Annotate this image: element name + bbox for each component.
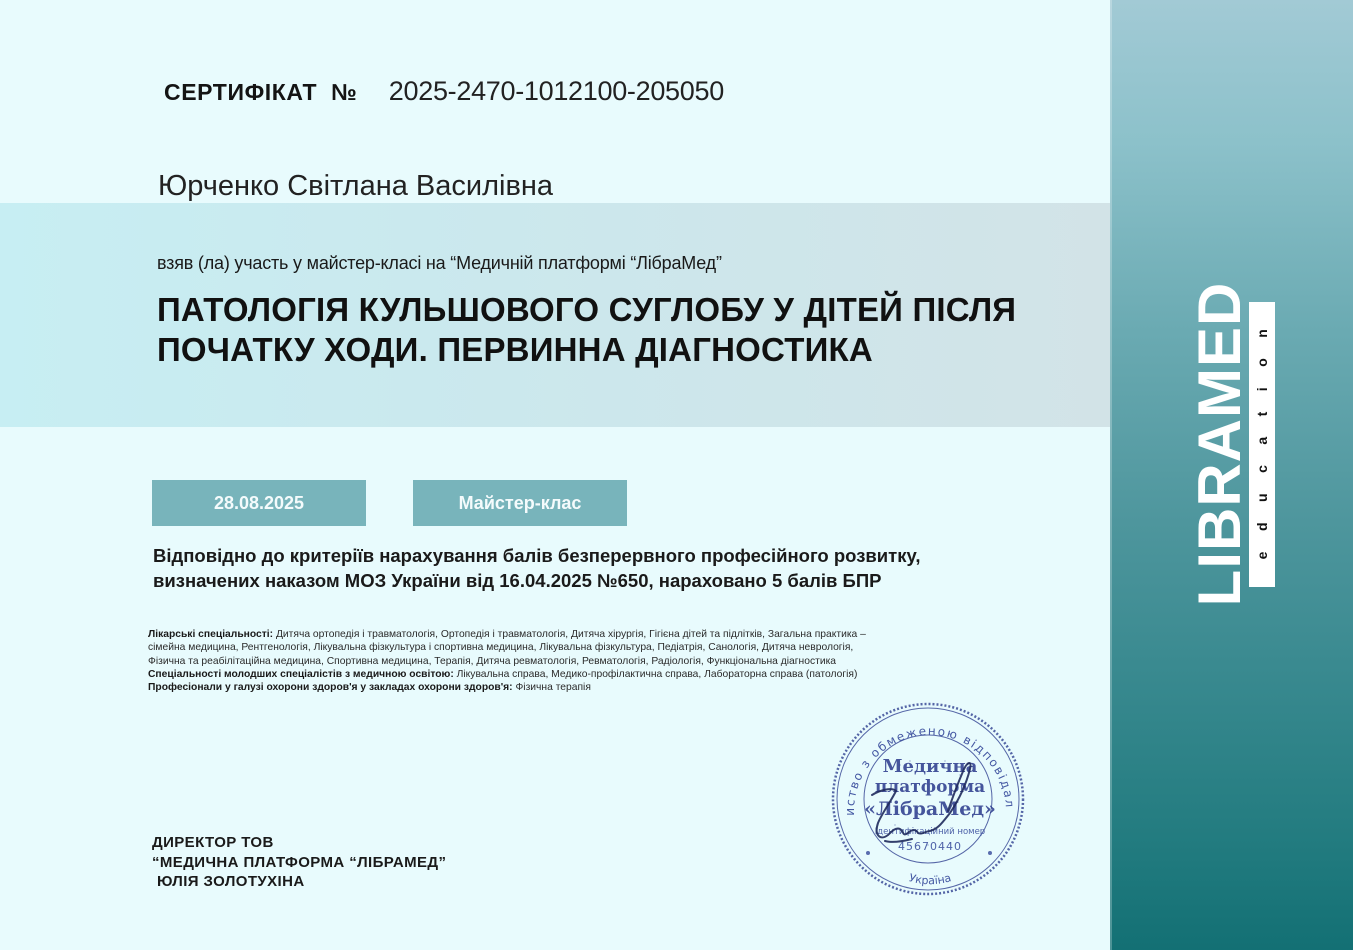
stamp-line-1: Медична (883, 756, 978, 777)
junior-specialties-list: Лікувальна справа, Медико-профілактична … (454, 669, 858, 680)
date-badge: 28.08.2025 (152, 480, 366, 526)
company-seal-stamp: Товариство з обмеженою відповідальністю … (830, 695, 1030, 905)
specialties-block: Лікарські спеціальності: Дитяча ортопеді… (148, 628, 868, 694)
certificate-label: СЕРТИФІКАТ (164, 79, 317, 106)
certificate-number: 2025-2470-1012100-205050 (389, 76, 724, 107)
number-sign: № (331, 79, 357, 106)
stamp-line-3: «ЛібраМед» (864, 798, 996, 820)
doctors-specialties-label: Лікарські спеціальності: (148, 629, 273, 640)
professionals-label: Професіонали у галузі охорони здоров'я у… (148, 682, 513, 693)
logo-education-text: education (1254, 309, 1270, 580)
recipient-name: Юрченко Світлана Василівна (158, 170, 553, 203)
junior-specialties-label: Спеціальності молодших спеціалістів з ме… (148, 669, 454, 680)
stamp-country: Україна (907, 871, 952, 887)
company-name: “МЕДИЧНА ПЛАТФОРМА “ЛІБРАМЕД” (152, 853, 446, 873)
director-title: ДИРЕКТОР ТОВ (152, 833, 446, 853)
credits-statement: Відповідно до критеріїв нарахування балі… (153, 544, 1013, 593)
professionals-list: Фізична терапія (513, 682, 591, 693)
certificate-number-row: СЕРТИФІКАТ № 2025-2470-1012100-205050 (164, 76, 724, 107)
director-signature-block: ДИРЕКТОР ТОВ “МЕДИЧНА ПЛАТФОРМА “ЛІБРАМЕ… (152, 833, 446, 892)
stamp-line-2: платформа (875, 777, 985, 797)
libramed-logo-text: LIBRAMED (1190, 282, 1250, 607)
director-name: ЮЛІЯ ЗОЛОТУХІНА (152, 872, 446, 892)
participation-text: взяв (ла) участь у майстер-класі на “Мед… (157, 253, 722, 274)
svg-text:Україна: Україна (907, 871, 952, 887)
stamp-id-number: 45670440 (898, 840, 962, 853)
event-type-badge: Майстер-клас (413, 480, 627, 526)
course-title: ПАТОЛОГІЯ КУЛЬШОВОГО СУГЛОБУ У ДІТЕЙ ПІС… (157, 290, 1017, 370)
sidebar-edge (1110, 0, 1112, 950)
